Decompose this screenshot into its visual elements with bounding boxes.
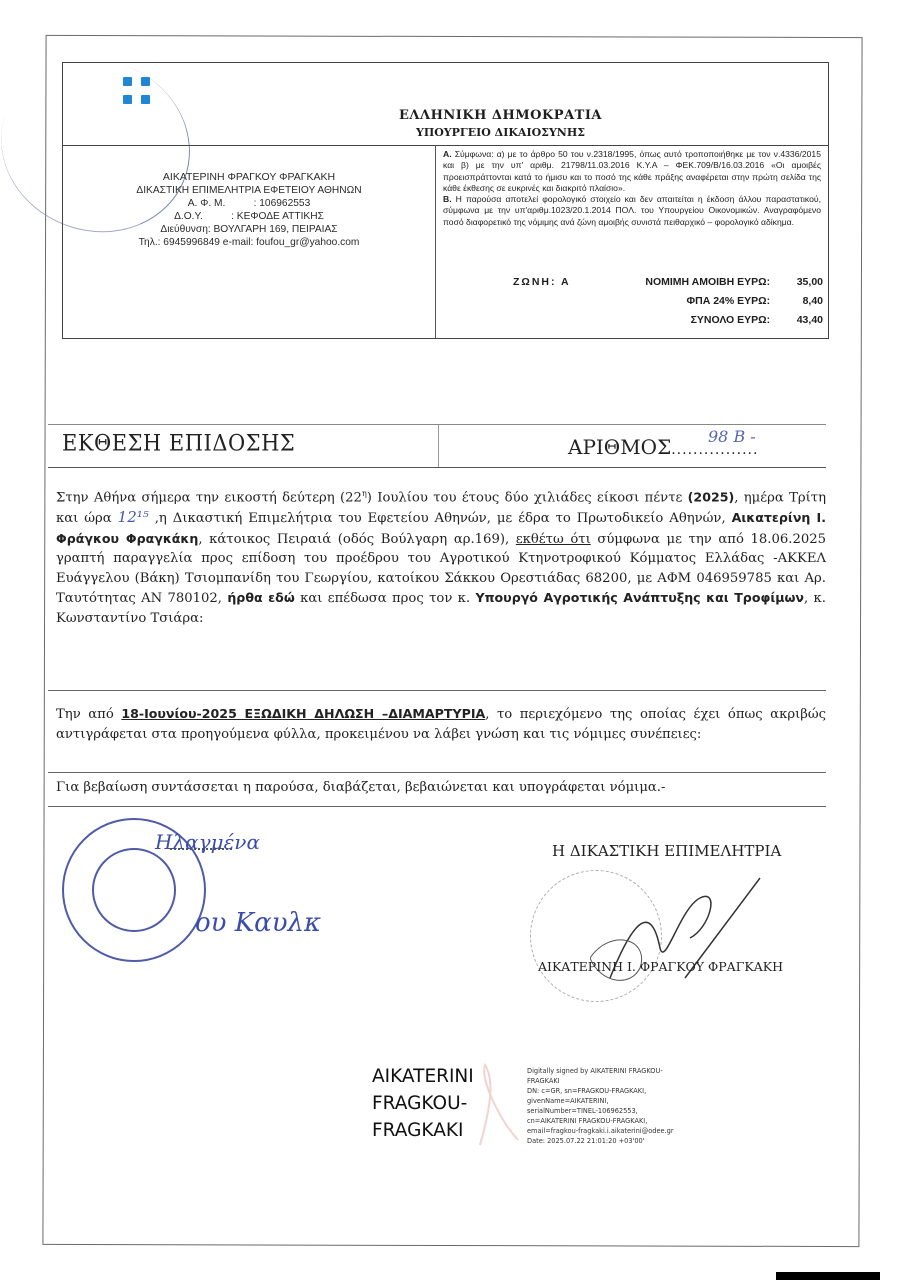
text: FRAGKOU-: [372, 1090, 474, 1117]
text: και επέδωσα προς τον κ.: [295, 591, 476, 606]
text: Στην Αθήνα σήμερα την εικοστή δεύτερη (2…: [56, 490, 362, 505]
zone-label: ΖΩΝΗ: Α: [513, 276, 571, 288]
text: FRAGKAKI: [372, 1117, 474, 1144]
redaction-bar: [776, 1272, 880, 1280]
recipient: Υπουργό Αγροτικής Ανάπτυξης και Τροφίμων: [475, 590, 804, 605]
served-document: 18-Ιουνίου-2025 ΕΞΩΔΙΚΗ ΔΗΛΩΣΗ –ΔΙΑΜΑΡΤΥ…: [121, 706, 485, 721]
report-divider: [438, 425, 439, 467]
header-top: ΕΛΛΗΝΙΚΗ ΔΗΜΟΚΡΑΤΙΑ ΥΠΟΥΡΓΕΙΟ ΔΙΚΑΙΟΣΥΝΗ…: [63, 63, 828, 146]
fee-row: ΦΠΑ 24% ΕΥΡΩ: 8,40: [687, 295, 823, 307]
divider: [48, 772, 826, 773]
bailiff-afm: Α. Φ. Μ. : 106962553: [63, 197, 435, 210]
bailiff-card: ΑΙΚΑΤΕΡΙΝΗ ΦΡΑΓΚΟΥ ΦΡΑΓΚΑΚΗ ΔΙΚΑΣΤΙΚΗ ΕΠ…: [63, 171, 435, 249]
year: (2025): [688, 489, 735, 504]
fee-value: 8,40: [773, 295, 823, 307]
acrobat-icon: [470, 1060, 520, 1150]
text: FRAGKAKI: [527, 1076, 674, 1086]
fee-value: 43,40: [773, 314, 823, 326]
certification-paragraph: Για βεβαίωση συντάσσεται η παρούσα, διαβ…: [56, 778, 826, 798]
fee-row: ΝΟΜΙΜΗ ΑΜΟΙΒΗ ΕΥΡΩ: 35,00: [645, 276, 823, 288]
fee-note-b-label: Β.: [443, 194, 452, 204]
fee-note-a-label: Α.: [443, 149, 452, 159]
digital-signature-details: Digitally signed by AIKATERINI FRAGKOU- …: [527, 1066, 674, 1146]
underlined-text: εκθέτω ότι: [516, 532, 591, 547]
service-paragraph: Στην Αθήνα σήμερα την εικοστή δεύτερη (2…: [56, 484, 826, 629]
text: Date: 2025.07.22 21:01:20 +03'00': [527, 1136, 674, 1146]
divider: [48, 690, 826, 691]
text: DN: c=GR, sn=FRAGKOU-FRAGKAKI,: [527, 1086, 674, 1096]
text: , κάτοικος Πειραιά (οδός Βούλγαρη αρ.169…: [198, 532, 515, 547]
bailiff-address: Διεύθυνση: ΒΟΥΛΓΑΡΗ 169, ΠΕΙΡΑΙΑΣ: [63, 223, 435, 236]
handwritten-time: 12¹⁵: [118, 508, 149, 526]
fee-note-b-text: Η παρούσα αποτελεί φορολογικό στοιχείο κ…: [443, 194, 821, 227]
text: ,η Δικαστική Επιμελήτρια του Εφετείου Αθ…: [149, 511, 732, 526]
text: Digitally signed by AIKATERINI FRAGKOU-: [527, 1066, 674, 1076]
report-title: ΕΚΘΕΣΗ ΕΠΙΔΟΣΗΣ: [62, 430, 295, 455]
greek-cross-logo-icon: [117, 71, 157, 111]
signer-name: ΑΙΚΑΤΕΡΙΝΗ Ι. ΦΡΑΓΚΟΥ ΦΡΑΓΚΑΚΗ: [538, 959, 783, 974]
text: givenName=AIKATERINI,: [527, 1096, 674, 1106]
document-paragraph: Την από 18-Ιουνίου-2025 ΕΞΩΔΙΚΗ ΔΗΛΩΣΗ –…: [56, 704, 826, 744]
digital-signer-name: AIKATERINI FRAGKOU- FRAGKAKI: [372, 1063, 474, 1144]
ministry-title: ΥΠΟΥΡΓΕΙΟ ΔΙΚΑΙΟΣΥΝΗΣ: [63, 126, 828, 139]
bailiff-contact: Τηλ.: 6945996849 e-mail: foufou_gr@yahoo…: [63, 236, 435, 249]
text: Την από: [56, 707, 121, 722]
bailiff-doy: Δ.Ο.Υ. : ΚΕΦΟΔΕ ΑΤΤΙΚΗΣ: [63, 210, 435, 223]
recipient-handwriting: Ηλαγμένα: [155, 830, 260, 854]
fee-label: ΝΟΜΙΜΗ ΑΜΟΙΒΗ ΕΥΡΩ:: [645, 276, 770, 288]
handwritten-report-number: 98 B -: [708, 427, 756, 446]
header-divider: [435, 145, 436, 338]
text: email=fragkou-fragkaki.i.aikaterini@odee…: [527, 1126, 674, 1136]
stamp-emblem: [92, 848, 176, 932]
report-number-label: ΑΡΙΘΜΟΣ: [568, 435, 671, 459]
fee-note: Α. Σύμφωνα: α) με το άρθρο 50 του ν.2318…: [443, 149, 821, 228]
text: ) Ιουλίου του έτους δύο χιλιάδες είκοσι …: [367, 490, 688, 505]
fee-value: 35,00: [773, 276, 823, 288]
report-header: ΕΚΘΕΣΗ ΕΠΙΔΟΣΗΣ ΑΡΙΘΜΟΣ................ …: [48, 424, 826, 468]
signer-role: Η ΔΙΚΑΣΤΙΚΗ ΕΠΙΜΕΛΗΤΡΙΑ: [552, 842, 781, 860]
republic-title: ΕΛΛΗΝΙΚΗ ΔΗΜΟΚΡΑΤΙΑ: [63, 108, 828, 123]
divider: [48, 806, 826, 807]
text: serialNumber=TINEL-106962553,: [527, 1106, 674, 1116]
header-box: ΕΛΛΗΝΙΚΗ ΔΗΜΟΚΡΑΤΙΑ ΥΠΟΥΡΓΕΙΟ ΔΙΚΑΙΟΣΥΝΗ…: [62, 62, 829, 339]
text: cn=AIKATERINI FRAGKOU-FRAGKAKI,: [527, 1116, 674, 1126]
fee-label: ΦΠΑ 24% ΕΥΡΩ:: [687, 295, 771, 307]
fee-note-a-text: Σύμφωνα: α) με το άρθρο 50 του ν.2318/19…: [443, 149, 821, 193]
bold-text: ήρθα εδώ: [227, 590, 294, 605]
fee-label: ΣΥΝΟΛΟ ΕΥΡΩ:: [691, 314, 771, 326]
fee-row: ΣΥΝΟΛΟ ΕΥΡΩ: 43,40: [691, 314, 823, 326]
bailiff-title: ΔΙΚΑΣΤΙΚΗ ΕΠΙΜΕΛΗΤΡΙΑ ΕΦΕΤΕΙΟΥ ΑΘΗΝΩΝ: [63, 184, 435, 197]
bailiff-name: ΑΙΚΑΤΕΡΙΝΗ ΦΡΑΓΚΟΥ ΦΡΑΓΚΑΚΗ: [63, 171, 435, 184]
text: AIKATERINI: [372, 1063, 474, 1090]
recipient-signature: ου Καυλκ: [195, 908, 321, 938]
